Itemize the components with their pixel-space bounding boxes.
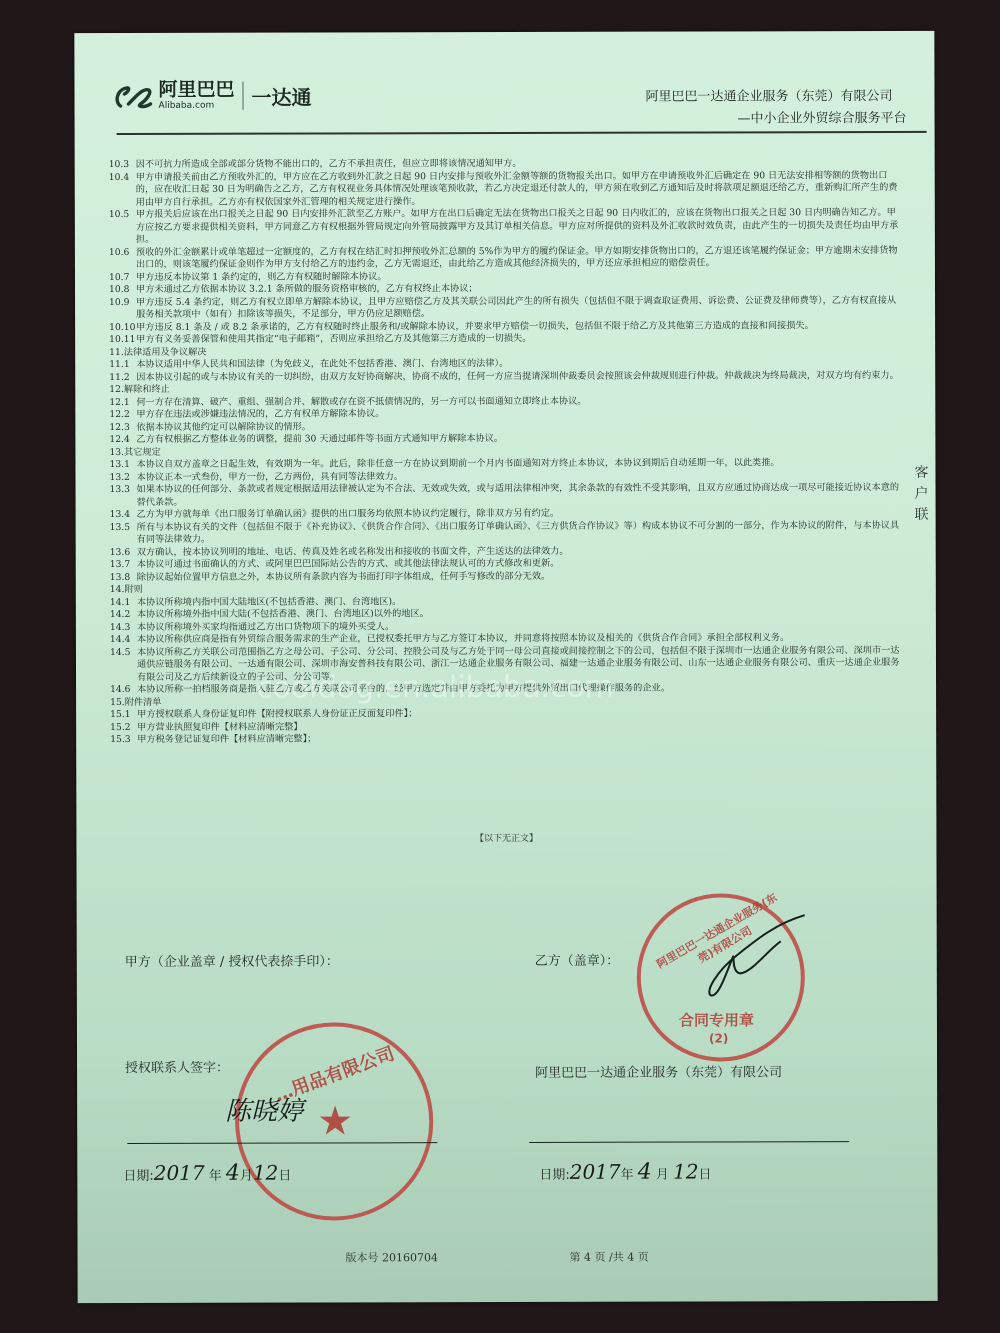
party-b-label: 乙方（盖章）：	[535, 950, 620, 969]
clause-text: 甲方申请报关前由乙方预收外汇的，甲方应在乙方收到外汇款之日起 90 日内安排与预…	[136, 169, 899, 208]
clause-row: 10.6预收的外汇金额累计或单笔超过一定额度的，乙方有权在结汇时扣押预收外汇总额…	[109, 244, 899, 271]
party-a-date: 日期:2017 年 4月12日	[123, 1161, 291, 1186]
date-label: 日期:	[123, 1169, 153, 1184]
clause-row: 13.3如果本协议的任何部分、条款或者规定根据适用法律被认定为不合法、无效或失效…	[110, 482, 900, 509]
clause-row: 10.9甲方违反 5.4 条约定，则乙方有权立即单方解除本协议，且甲方应赔偿乙方…	[109, 294, 899, 321]
clause-row: 11.2因本协议引起的或与本协议有关的一切纠纷，由双方友好协商解决，协商不成的，…	[109, 369, 899, 384]
clause-number: 10.6	[109, 246, 136, 271]
party-b-signature	[697, 911, 807, 1001]
header-divider	[117, 131, 927, 135]
party-b-company: 阿里巴巴一达通企业服务（东莞）有限公司	[535, 1061, 782, 1081]
clause-text: 所有与本协议有关的文件（包括但不限于《补充协议》、《供货合作合同》、《出口服务订…	[137, 519, 900, 546]
clause-text: 本协议所称乙方关联公司范围指乙方之母公司、子公司、分公司、控股公司及与乙方处于同…	[137, 644, 900, 683]
day-suffix: 日	[699, 1167, 712, 1182]
clause-number: 15.2	[110, 721, 137, 734]
clause-row: 10.5甲方报关后应该在出口报关之日起 90 日内安排外汇款至乙方账户。如甲方在…	[109, 207, 899, 247]
date-month: 4	[226, 1161, 240, 1186]
clause-number: 13.2	[109, 471, 136, 484]
logo-english-name: Alibaba.com	[159, 102, 235, 111]
clause-row: 14.6本协议所称一拍档服务商是指入驻乙方或乙方关联公司平台的，经甲方选定并由甲…	[110, 682, 900, 697]
date-year: 2017	[570, 1160, 621, 1184]
clause-row: 10.4甲方申请报关前由乙方预收外汇的，甲方应在乙方收到外汇款之日起 90 日内…	[109, 169, 899, 209]
clause-number: 10.11	[109, 334, 136, 347]
end-of-text-mark: 【以下无正文】	[76, 830, 936, 845]
clause-number: 10.8	[109, 284, 136, 297]
date-label: 日期:	[539, 1168, 569, 1183]
clause-row: 15.3甲方税务登记证复印件【材料应清晰完整】；	[110, 732, 900, 747]
month-suffix: 月	[240, 1169, 253, 1184]
clause-number: 12.3	[109, 421, 136, 434]
clause-text: 本协议所称一拍档服务商是指入驻乙方或乙方关联公司平台的，经甲方选定并由甲方委托为…	[137, 682, 900, 696]
clause-number: 15.1	[110, 709, 137, 722]
clause-text: 预收的外汇金额累计或单笔超过一定额度的，乙方有权在结汇时扣押预收外汇总额的 5%…	[136, 244, 899, 271]
year-suffix: 年	[621, 1168, 634, 1183]
clause-number: 13.8	[110, 571, 137, 584]
clause-text: 甲方报关后应该在出口报关之日起 90 日内安排外汇款至乙方账户。如甲方在出口后确…	[136, 207, 899, 246]
logo-divider	[242, 82, 243, 110]
alibaba-smile-icon	[114, 82, 154, 110]
product-name: 一达通	[251, 81, 311, 110]
date-day: 12	[673, 1159, 699, 1183]
clause-number: 14.3	[110, 621, 137, 634]
clause-number: 10.5	[109, 209, 136, 247]
clause-row: 12.4乙方有权根据乙方整体业务的调整，提前 30 天通过邮件等书面方式通知甲方…	[109, 432, 899, 447]
contract-clauses: 10.3因不可抗力所造成全部或部分货物不能出口的，乙方不承担责任，但应立即将该情…	[109, 157, 901, 747]
date-month: 4	[638, 1160, 652, 1185]
clause-number: 12.4	[109, 434, 136, 447]
clause-number: 11.2	[109, 371, 136, 384]
day-suffix: 日	[278, 1169, 291, 1184]
company-name: 阿里巴巴一达通企业服务（东莞）有限公司	[645, 85, 892, 105]
version-number: 版本号 20160704	[346, 1249, 439, 1265]
clause-row: 13.5所有与本协议有关的文件（包括但不限于《补充协议》、《供货合作合同》、《出…	[110, 519, 900, 546]
clause-number: 10.4	[109, 171, 136, 209]
copy-label: 客户联	[911, 463, 931, 526]
document-header: 阿里巴巴 Alibaba.com 一达通 阿里巴巴一达通企业服务（东莞）有限公司…	[114, 75, 914, 147]
clause-text: 甲方违反 5.4 条约定，则乙方有权立即单方解除本协议，且甲方应赔偿乙方及其关联…	[136, 294, 899, 321]
clause-text: 除协议起始位置甲方信息之外，本协议所有条款内容为书面打印字体组成，任何手写修改的…	[137, 569, 900, 583]
clause-number: 13.6	[110, 546, 137, 559]
date-year: 2017	[154, 1161, 205, 1185]
party-a-label: 甲方（企业盖章 / 授权代表捺手印）：	[125, 950, 339, 970]
clause-number: 10.9	[109, 296, 136, 321]
clause-row: 13.8除协议起始位置甲方信息之外，本协议所有条款内容为书面打印字体组成，任何手…	[110, 569, 900, 584]
clause-number: 13.1	[109, 459, 136, 472]
clause-text: 如果本协议的任何部分、条款或者规定根据适用法律被认定为不合法、无效或失效，或与适…	[137, 482, 900, 509]
clause-text: 甲方税务登记证复印件【材料应清晰完整】；	[137, 732, 900, 746]
clause-number: 15.3	[110, 734, 137, 747]
clause-number: 14.2	[110, 609, 137, 622]
month-suffix: 月	[656, 1168, 669, 1183]
clause-number: 10.3	[109, 159, 136, 172]
party-a-signature: 陈晓婷	[225, 1091, 303, 1128]
party-b-date: 日期:2017年 4 月 12日	[539, 1159, 711, 1184]
clause-number: 14.1	[110, 596, 137, 609]
clause-number: 13.5	[110, 521, 137, 546]
contact-sign-label: 授权联系人签字：	[125, 1057, 229, 1076]
clause-row: 14.5本协议所称乙方关联公司范围指乙方之母公司、子公司、分公司、控股公司及与乙…	[110, 644, 900, 684]
clause-text: 甲方有义务妥善保管和使用其指定“电子邮箱”，否则应承担给乙方及其他第三方造成的一…	[136, 332, 899, 346]
contract-page: 阿里巴巴 Alibaba.com 一达通 阿里巴巴一达通企业服务（东莞）有限公司…	[74, 31, 937, 1303]
clause-number: 14.6	[110, 684, 137, 697]
clause-number: 10.7	[109, 271, 136, 284]
clause-number: 12.2	[109, 409, 136, 422]
clause-number: 14.4	[110, 634, 137, 647]
clause-number: 13.7	[110, 559, 137, 572]
logo-chinese-name: 阿里巴巴	[158, 81, 234, 100]
party-b-signature-line	[529, 1141, 849, 1143]
clause-number: 12.1	[109, 396, 136, 409]
alibaba-logo: 阿里巴巴 Alibaba.com 一达通	[114, 81, 311, 112]
company-slogan: —中小企业外贸综合服务平台	[738, 107, 907, 126]
clause-number: 13.3	[110, 484, 137, 509]
clause-text: 乙方有权根据乙方整体业务的调整，提前 30 天通过邮件等书面方式通知甲方解除本协…	[136, 432, 899, 446]
party-b-stamp-center-text: 合同专用章	[679, 1009, 754, 1030]
clause-number: 11.1	[109, 359, 136, 372]
clause-row: 10.11甲方有义务妥善保管和使用其指定“电子邮箱”，否则应承担给乙方及其他第三…	[109, 332, 899, 347]
stamp-star-icon: ★	[317, 1098, 353, 1144]
clause-number: 10.10	[109, 321, 136, 334]
page-number: 第 4 页 /共 4 页	[570, 1249, 649, 1265]
clause-number: 14.5	[110, 646, 137, 684]
date-day: 12	[253, 1161, 279, 1185]
party-b-stamp-number: (2)	[709, 1031, 728, 1045]
clause-text: 因本协议引起的或与本协议有关的一切纠纷，由双方友好协商解决，协商不成的，任何一方…	[136, 369, 899, 383]
year-suffix: 年	[209, 1169, 222, 1184]
clause-number: 13.4	[110, 509, 137, 522]
